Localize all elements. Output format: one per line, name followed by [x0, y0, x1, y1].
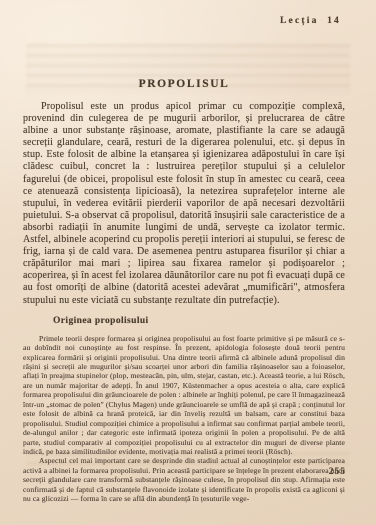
paragraph-theories: Primele teorii despre formarea și origin…: [23, 334, 345, 457]
book-page: Lecția 14 PROPOLISUL Propolisul este un …: [0, 0, 376, 525]
section-heading-origin: Originea propolisului: [53, 316, 345, 326]
paragraph-intro: Propolisul este un produs apicol primar …: [23, 101, 345, 307]
page-number: 255: [329, 467, 346, 477]
paragraph-aspect: Aspectul cel mai important care se despr…: [23, 456, 345, 503]
page-title: PROPOLISUL: [23, 78, 345, 90]
lesson-header: Lecția 14: [23, 16, 345, 26]
